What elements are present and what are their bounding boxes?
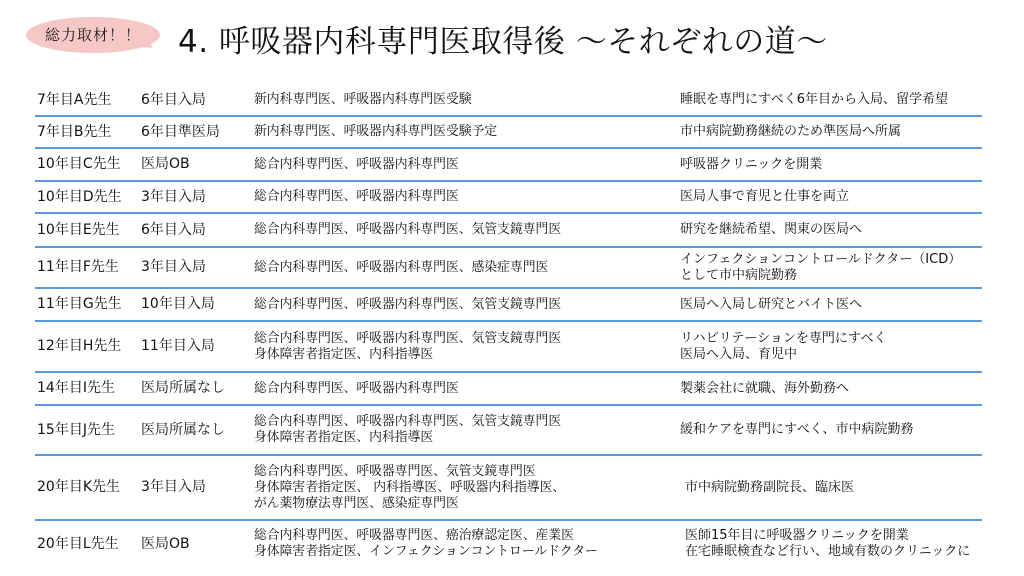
career-path: インフェクションコントロールドクター（ICD） として市中病院勤務 (680, 248, 961, 287)
affiliation: 医局OB (141, 149, 190, 180)
doctor-name: 14年目I先生 (37, 373, 115, 404)
qualifications: 総合内科専門医、呼吸器内科専門医、感染症専門医 (254, 248, 548, 287)
affiliation: 6年目準医局 (141, 117, 220, 147)
affiliation: 6年目入局 (141, 214, 206, 246)
qualifications: 新内科専門医、呼吸器内科専門医受験 (254, 85, 472, 115)
affiliation: 6年目入局 (141, 85, 206, 115)
career-path: 市中病院勤務副院長、臨床医 (685, 456, 854, 519)
career-path: リハビリテーションを専門にすべく 医局へ入局、育児中 (680, 322, 887, 371)
doctor-name: 11年目G先生 (37, 289, 122, 320)
qualifications: 総合内科専門医、呼吸器内科専門医 (254, 182, 459, 212)
doctor-name: 10年目D先生 (37, 182, 122, 212)
affiliation: 3年目入局 (141, 182, 206, 212)
doctor-name: 20年目K先生 (37, 456, 120, 519)
doctor-name: 7年目A先生 (37, 85, 111, 115)
affiliation: 11年目入局 (141, 322, 215, 371)
career-path: 呼吸器クリニックを開業 (680, 149, 822, 180)
table-row: 10年目E先生 6年目入局 総合内科専門医、呼吸器内科専門医、気管支鏡専門医 研… (35, 214, 982, 248)
affiliation: 3年目入局 (141, 248, 206, 287)
qualifications: 新内科専門医、呼吸器内科専門医受験予定 (254, 117, 497, 147)
table-row: 11年目F先生 3年目入局 総合内科専門医、呼吸器内科専門医、感染症専門医 イン… (35, 248, 982, 289)
qualifications: 総合内科専門医、呼吸器内科専門医、気管支鏡専門医 (254, 214, 561, 246)
qualifications: 総合内科専門医、呼吸器専門医、癌治療認定医、産業医 身体障害者指定医、インフェク… (254, 521, 598, 567)
qualifications: 総合内科専門医、呼吸器専門医、気管支鏡専門医 身体障害者指定医、 内科指導医、呼… (254, 456, 565, 519)
doctor-name: 15年目J先生 (37, 406, 115, 454)
doctor-name: 20年目L先生 (37, 521, 119, 567)
affiliation: 医局所属なし (141, 373, 225, 404)
career-path: 研究を継続希望、関東の医局へ (680, 214, 862, 246)
qualifications: 総合内科専門医、呼吸器内科専門医 (254, 373, 459, 404)
affiliation: 医局所属なし (141, 406, 225, 454)
qualifications: 総合内科専門医、呼吸器内科専門医、気管支鏡専門医 (254, 289, 561, 320)
table-row: 7年目B先生 6年目準医局 新内科専門医、呼吸器内科専門医受験予定 市中病院勤務… (35, 117, 982, 149)
badge-bubble: 総力取材！！ (26, 17, 160, 53)
table-row: 10年目C先生 医局OB 総合内科専門医、呼吸器内科専門医 呼吸器クリニックを開… (35, 149, 982, 182)
doctor-name: 10年目E先生 (37, 214, 120, 246)
career-path: 緩和ケアを専門にすべく、市中病院勤務 (680, 406, 913, 454)
career-path: 医局人事で育児と仕事を両立 (680, 182, 849, 212)
doctor-name: 7年目B先生 (37, 117, 112, 147)
table-row: 11年目G先生 10年目入局 総合内科専門医、呼吸器内科専門医、気管支鏡専門医 … (35, 289, 982, 322)
table-row: 20年目L先生 医局OB 総合内科専門医、呼吸器専門医、癌治療認定医、産業医 身… (35, 521, 982, 567)
qualifications: 総合内科専門医、呼吸器内科専門医 (254, 149, 459, 180)
affiliation: 3年目入局 (141, 456, 206, 519)
table-row: 14年目I先生 医局所属なし 総合内科専門医、呼吸器内科専門医 製薬会社に就職、… (35, 373, 982, 406)
career-path: 睡眠を専門にすべく6年目から入局、留学希望 (680, 85, 948, 115)
page-title: 4. 呼吸器内科専門医取得後 ～それぞれの道～ (178, 22, 828, 62)
qualifications: 総合内科専門医、呼吸器内科専門医、気管支鏡専門医 身体障害者指定医、内科指導医 (254, 322, 561, 371)
badge-text: 総力取材！！ (26, 17, 160, 53)
affiliation: 10年目入局 (141, 289, 215, 320)
table-row: 7年目A先生 6年目入局 新内科専門医、呼吸器内科専門医受験 睡眠を専門にすべく… (35, 85, 982, 117)
table-row: 10年目D先生 3年目入局 総合内科専門医、呼吸器内科専門医 医局人事で育児と仕… (35, 182, 982, 214)
doctor-name: 11年目F先生 (37, 248, 119, 287)
career-path: 市中病院勤務継続のため準医局へ所属 (680, 117, 901, 147)
qualifications: 総合内科専門医、呼吸器内科専門医、気管支鏡専門医 身体障害者指定医、内科指導医 (254, 406, 561, 454)
table-row: 12年目H先生 11年目入局 総合内科専門医、呼吸器内科専門医、気管支鏡専門医 … (35, 322, 982, 373)
doctor-name: 12年目H先生 (37, 322, 121, 371)
table-row: 20年目K先生 3年目入局 総合内科専門医、呼吸器専門医、気管支鏡専門医 身体障… (35, 456, 982, 521)
career-path: 医局へ入局し研究とバイト医へ (680, 289, 862, 320)
table-row: 15年目J先生 医局所属なし 総合内科専門医、呼吸器内科専門医、気管支鏡専門医 … (35, 406, 982, 456)
career-path: 医師15年目に呼吸器クリニックを開業 在宅睡眠検査など行い、地域有数のクリニック… (685, 521, 970, 567)
affiliation: 医局OB (141, 521, 190, 567)
doctor-name: 10年目C先生 (37, 149, 121, 180)
career-path: 製薬会社に就職、海外勤務へ (680, 373, 849, 404)
